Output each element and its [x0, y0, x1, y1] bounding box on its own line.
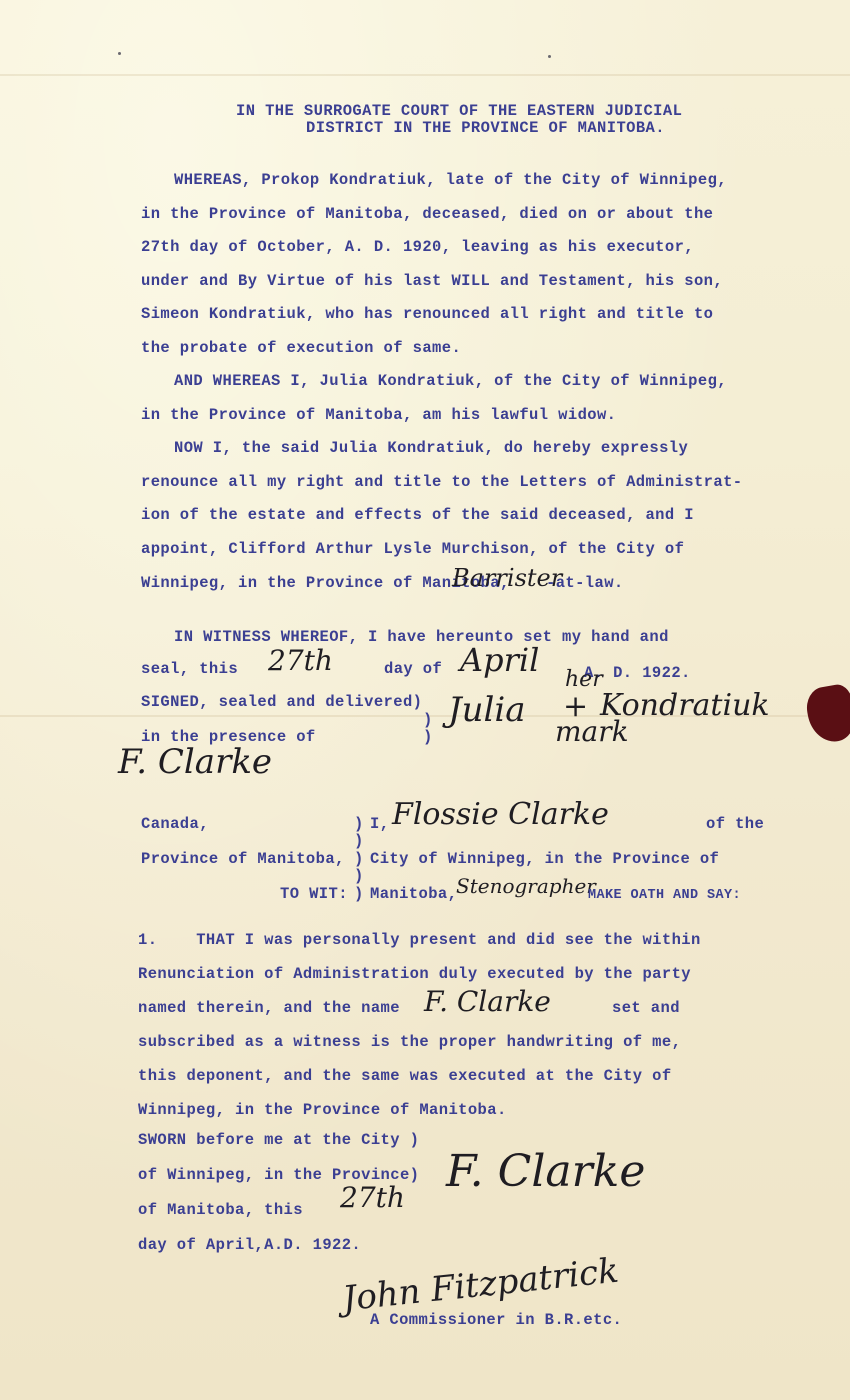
- paper-speck: [118, 52, 121, 55]
- brace: ): [354, 852, 364, 868]
- paper-speck: [548, 55, 551, 58]
- para3-line: NOW I, the said Julia Kondratiuk, do her…: [174, 441, 688, 457]
- wax-seal: [803, 682, 850, 745]
- handwritten-day: 27th: [268, 647, 333, 675]
- brace: ): [354, 834, 364, 850]
- para1-line: 27th day of October, A. D. 1920, leaving…: [141, 240, 694, 256]
- deponent-signature: F. Clarke: [446, 1150, 645, 1194]
- witness-signature: F. Clarke: [118, 745, 272, 779]
- clause1-set-and: set and: [612, 1001, 680, 1017]
- document-page: IN THE SURROGATE COURT OF THE EASTERN JU…: [0, 0, 850, 1400]
- para1-line: Simeon Kondratiuk, who has renounced all…: [141, 307, 713, 323]
- clause1-line: subscribed as a witness is the proper ha…: [138, 1035, 681, 1051]
- brace: ): [354, 817, 364, 833]
- clause1-line: Winnipeg, in the Province of Manitoba.: [138, 1103, 507, 1119]
- jurat-line: day of April,A.D. 1922.: [138, 1238, 361, 1254]
- affidavit-i: I,: [370, 817, 389, 833]
- deponent-name-handwritten: Flossie Clarke: [392, 800, 609, 830]
- para1-line: in the Province of Manitoba, deceased, d…: [141, 207, 713, 223]
- fold-line: [0, 74, 850, 76]
- affidavit-manitoba: Manitoba,: [370, 887, 457, 903]
- commissioner-title: A Commissioner in B.R.etc.: [370, 1313, 622, 1329]
- signed-sealed-line: SIGNED, sealed and delivered): [141, 695, 422, 711]
- handwritten-month: April: [460, 644, 539, 676]
- make-oath: MAKE OATH AND SAY:: [588, 889, 741, 903]
- witness-name-handwritten: F. Clarke: [424, 988, 551, 1016]
- commissioner-signature: John Fitzpatrick: [341, 1254, 620, 1317]
- para3-line: appoint, Clifford Arthur Lysle Murchison…: [141, 542, 684, 558]
- clause1-line: Renunciation of Administration duly exec…: [138, 967, 691, 983]
- brace: ): [423, 730, 433, 746]
- court-heading-line-1: IN THE SURROGATE COURT OF THE EASTERN JU…: [236, 104, 682, 120]
- signer-last-name: Kondratiuk: [600, 691, 770, 721]
- affidavit-left: Canada,: [141, 817, 209, 833]
- affidavit-line: City of Winnipeg, in the Province of: [370, 852, 719, 868]
- para3-line: ion of the estate and effects of the sai…: [141, 508, 694, 524]
- affidavit-left: Province of Manitoba,: [141, 852, 345, 868]
- signer-her: her: [565, 669, 603, 691]
- para1-line: under and By Virtue of his last WILL and…: [141, 274, 723, 290]
- occupation-handwritten: Stenographer: [456, 876, 596, 896]
- affidavit-of-the: of the: [706, 817, 764, 833]
- clause1-line: this deponent, and the same was executed…: [138, 1069, 672, 1085]
- signer-first-name: Julia: [448, 693, 526, 727]
- jurat-day-handwritten: 27th: [340, 1184, 405, 1212]
- affidavit-left: TO WIT:: [280, 887, 348, 903]
- para3-suffix: -at-law.: [546, 576, 624, 592]
- para3-line: renounce all my right and title to the L…: [141, 475, 743, 491]
- witness-seal-label: seal, this: [141, 662, 238, 678]
- court-heading-line-2: DISTRICT IN THE PROVINCE OF MANITOBA.: [306, 121, 665, 137]
- para1-line: the probate of execution of same.: [141, 341, 461, 357]
- para1-line: WHEREAS, Prokop Kondratiuk, late of the …: [174, 173, 727, 189]
- clause1-line: 1. THAT I was personally present and did…: [138, 933, 701, 949]
- para2-line: in the Province of Manitoba, am his lawf…: [141, 408, 616, 424]
- jurat-line: of Manitoba, this: [138, 1203, 303, 1219]
- para2-line: AND WHEREAS I, Julia Kondratiuk, of the …: [174, 374, 727, 390]
- jurat-line: SWORN before me at the City ): [138, 1133, 419, 1149]
- brace: ): [354, 887, 364, 903]
- witness-day-of: day of: [384, 662, 442, 678]
- brace: ): [354, 869, 364, 885]
- clause1-line: named therein, and the name: [138, 1001, 400, 1017]
- brace: ): [423, 713, 433, 729]
- witness-line: IN WITNESS WHEREOF, I have hereunto set …: [174, 630, 669, 646]
